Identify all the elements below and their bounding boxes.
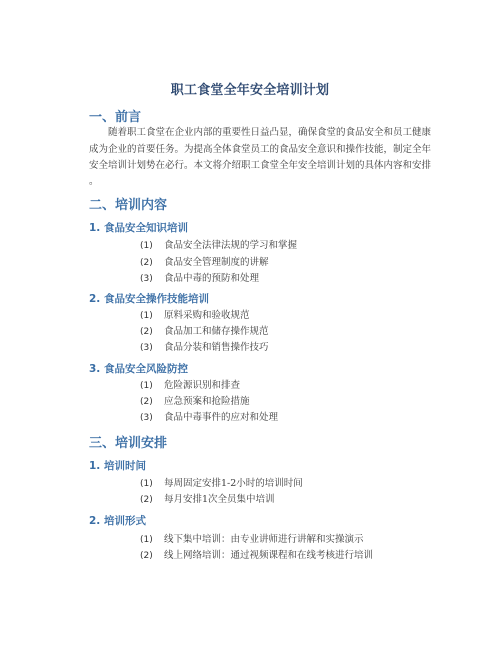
subsection-heading-risk-control: 3. 食品安全风险防控 bbox=[89, 361, 188, 376]
list-text: 食品安全法律法规的学习和掌握 bbox=[164, 237, 297, 251]
list-number: (3) bbox=[140, 274, 164, 284]
list-text: 食品加工和储存操作规范 bbox=[164, 323, 269, 337]
list-text: 每周固定安排1-2小时的培训时间 bbox=[164, 475, 303, 489]
list-item: (2)应急预案和抢险措施 bbox=[140, 393, 250, 407]
subsection-heading-food-safety-knowledge: 1. 食品安全知识培训 bbox=[89, 220, 188, 235]
list-number: (1) bbox=[140, 381, 164, 391]
list-number: (1) bbox=[140, 535, 164, 545]
list-number: (2) bbox=[140, 551, 164, 561]
list-item: (2)食品加工和储存操作规范 bbox=[140, 323, 269, 337]
subsection-heading-food-safety-operations: 2. 食品安全操作技能培训 bbox=[89, 291, 209, 306]
list-item: (2)每月安排1次全员集中培训 bbox=[140, 491, 275, 505]
subsection-heading-training-time: 1. 培训时间 bbox=[89, 458, 146, 473]
preface-line-3: 安全培训计划势在必行。本文将介绍职工食堂全年安全培训计划的具体内容和安排 bbox=[89, 157, 431, 171]
list-text: 危险源识别和排查 bbox=[164, 377, 240, 391]
list-text: 线上网络培训：通过视频课程和在线考核进行培训 bbox=[164, 547, 373, 561]
list-number: (1) bbox=[140, 479, 164, 489]
document-page: 职工食堂全年安全培训计划 一、前言 随着职工食堂在企业内部的重要性日益凸显，确保… bbox=[0, 0, 500, 647]
document-title: 职工食堂全年安全培训计划 bbox=[0, 79, 500, 98]
list-item: (2)食品安全管理制度的讲解 bbox=[140, 254, 269, 268]
list-text: 每月安排1次全员集中培训 bbox=[164, 491, 275, 505]
list-text: 食品中毒事件的应对和处理 bbox=[164, 409, 278, 423]
list-text: 食品分装和销售操作技巧 bbox=[164, 339, 269, 353]
preface-line-4: 。 bbox=[89, 173, 99, 187]
list-text: 原料采购和验收规范 bbox=[164, 307, 250, 321]
list-item: (3)食品中毒事件的应对和处理 bbox=[140, 409, 278, 423]
list-item: (3)食品中毒的预防和处理 bbox=[140, 270, 259, 284]
section-heading-training-content: 二、培训内容 bbox=[89, 194, 167, 213]
list-number: (1) bbox=[140, 311, 164, 321]
subsection-heading-training-format: 2. 培训形式 bbox=[89, 513, 146, 528]
list-item: (3)食品分装和销售操作技巧 bbox=[140, 339, 269, 353]
preface-line-1: 随着职工食堂在企业内部的重要性日益凸显，确保食堂的食品安全和员工健康 bbox=[108, 124, 431, 138]
list-item: (1)线下集中培训：由专业讲师进行讲解和实操演示 bbox=[140, 531, 364, 545]
list-number: (2) bbox=[140, 397, 164, 407]
section-heading-preface: 一、前言 bbox=[89, 106, 141, 125]
list-text: 食品中毒的预防和处理 bbox=[164, 270, 259, 284]
preface-line-2: 成为企业的首要任务。为提高全体食堂员工的食品安全意识和操作技能，制定全年 bbox=[89, 141, 431, 155]
list-item: (1)原料采购和验收规范 bbox=[140, 307, 250, 321]
list-number: (2) bbox=[140, 327, 164, 337]
list-text: 线下集中培训：由专业讲师进行讲解和实操演示 bbox=[164, 531, 364, 545]
section-heading-training-schedule: 三、培训安排 bbox=[89, 432, 167, 451]
list-number: (1) bbox=[140, 241, 164, 251]
list-item: (2)线上网络培训：通过视频课程和在线考核进行培训 bbox=[140, 547, 373, 561]
list-number: (3) bbox=[140, 343, 164, 353]
list-item: (1)每周固定安排1-2小时的培训时间 bbox=[140, 475, 303, 489]
list-item: (1)食品安全法律法规的学习和掌握 bbox=[140, 237, 297, 251]
list-text: 应急预案和抢险措施 bbox=[164, 393, 250, 407]
list-number: (3) bbox=[140, 413, 164, 423]
list-number: (2) bbox=[140, 495, 164, 505]
list-item: (1)危险源识别和排查 bbox=[140, 377, 240, 391]
list-text: 食品安全管理制度的讲解 bbox=[164, 254, 269, 268]
list-number: (2) bbox=[140, 258, 164, 268]
